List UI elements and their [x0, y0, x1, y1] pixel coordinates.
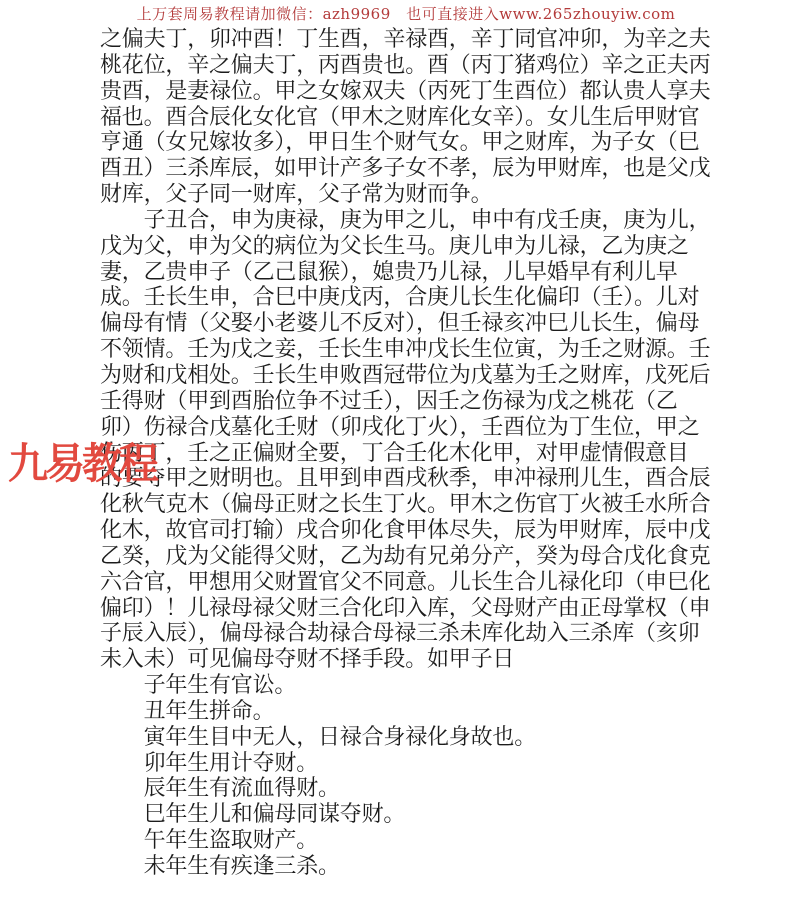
list-jiazi-day-years: 子年生有官讼。 丑年生拼命。 寅年生目中无人，日禄合身禄化身故也。 卯年生用计夺… — [100, 673, 720, 880]
text-line: 酉丑）三杀库辰，如甲计产多子女不孝，辰为甲财库，也是父戊 — [100, 156, 720, 182]
text-line: 财库，父子同一财库，父子常为财而争。 — [100, 182, 720, 208]
text-line: 伤丙丁，壬之正偏财全要，丁合壬化木化甲，对甲虚情假意目 — [100, 441, 720, 467]
text-line: 偏母有情（父娶小老婆儿不反对），但壬禄亥冲巳儿长生，偏母 — [100, 311, 720, 337]
text-line: 亨通（女兄嫁妆多），甲日生个财气女。甲之财库，为子女（巳 — [100, 130, 720, 156]
text-line: 为财和戊相处。壬长生申败酉冠带位为戊墓为壬之财库，戊死后 — [100, 363, 720, 389]
text-line: 妻，乙贵申子（乙己鼠猴），媳贵乃儿禄，儿早婚早有利儿早 — [100, 260, 720, 286]
text-line: 福也。酉合辰化女化官（甲木之财库化女辛）。女儿生后甲财官 — [100, 105, 720, 131]
text-line: 子丑合，申为庚禄，庚为甲之儿，申中有戊壬庚，庚为儿， — [100, 208, 720, 234]
document-page: 上万套周易教程请加微信：azh9969 也可直接进入www.265zhouyiw… — [0, 0, 812, 898]
watermark-text: 九易教程 — [8, 431, 156, 491]
text-line: 化木，故官司打输）戌合卯化食甲体尽失，辰为甲财库，辰中戊 — [100, 518, 720, 544]
text-line: 乙癸，戊为父能得父财，乙为劫有兄弟分产，癸为母合戊化食克 — [100, 544, 720, 570]
text-line: 之偏夫丁，卯冲酉！丁生酉，辛禄酉，辛丁同官冲卯，为辛之夫 — [100, 27, 720, 53]
text-line: 卯）伤禄合戊墓化壬财（卯戌化丁火），壬酉位为丁生位，甲之 — [100, 415, 720, 441]
text-line: 桃花位，辛之偏夫丁，丙酉贵也。酉（丙丁猪鸡位）辛之正夫丙 — [100, 53, 720, 79]
text-line: 寅年生目中无人，日禄合身禄化身故也。 — [100, 725, 720, 751]
text-line: 戊为父，申为父的病位为父长生马。庚儿申为儿禄，乙为庚之 — [100, 234, 720, 260]
text-line: 不领情。壬为戊之妾，壬长生申冲戊长生位寅，为壬之财源。壬 — [100, 337, 720, 363]
text-line: 偏印）！儿禄母禄父财三合化印入库，父母财产由正母掌权（申 — [100, 596, 720, 622]
text-line: 六合官，甲想用父财置官父不同意。儿长生合儿禄化印（申巳化 — [100, 570, 720, 596]
header-promo-text: 上万套周易教程请加微信：azh9969 也可直接进入www.265zhouyiw… — [0, 3, 812, 24]
text-line: 子年生有官讼。 — [100, 673, 720, 699]
text-line: 未入未）可见偏母夺财不择手段。如甲子日 — [100, 647, 720, 673]
text-line: 丑年生拼命。 — [100, 699, 720, 725]
text-line: 未年生有疾逢三杀。 — [100, 854, 720, 880]
document-body: 之偏夫丁，卯冲酉！丁生酉，辛禄酉，辛丁同官冲卯，为辛之夫桃花位，辛之偏夫丁，丙酉… — [100, 27, 720, 880]
text-line: 子辰入辰），偏母禄合劫禄合母禄三杀未库化劫入三杀库（亥卯 — [100, 621, 720, 647]
text-line: 卯年生用计夺财。 — [100, 751, 720, 777]
text-line: 午年生盗取财产。 — [100, 828, 720, 854]
text-line: 壬得财（甲到酉胎位争不过壬），因壬之伤禄为戊之桃花（乙 — [100, 389, 720, 415]
paragraph-1: 之偏夫丁，卯冲酉！丁生酉，辛禄酉，辛丁同官冲卯，为辛之夫桃花位，辛之偏夫丁，丙酉… — [100, 27, 720, 208]
text-line: 贵酉，是妻禄位。甲之女嫁双夫（丙死丁生酉位）都认贵人享夫 — [100, 79, 720, 105]
text-line: 巳年生儿和偏母同谋夺财。 — [100, 802, 720, 828]
paragraph-2: 子丑合，申为庚禄，庚为甲之儿，申中有戊壬庚，庚为儿，戊为父，申为父的病位为父长生… — [100, 208, 720, 673]
text-line: 辰年生有流血得财。 — [100, 776, 720, 802]
text-line: 化秋气克木（偏母正财之长生丁火。甲木之伤官丁火被壬水所合 — [100, 492, 720, 518]
text-line: 成。壬长生申，合巳中庚戊丙，合庚儿长生化偏印（壬）。儿对 — [100, 285, 720, 311]
text-line: 的要夺甲之财明也。且甲到申酉戌秋季，申冲禄刑儿生，酉合辰 — [100, 466, 720, 492]
